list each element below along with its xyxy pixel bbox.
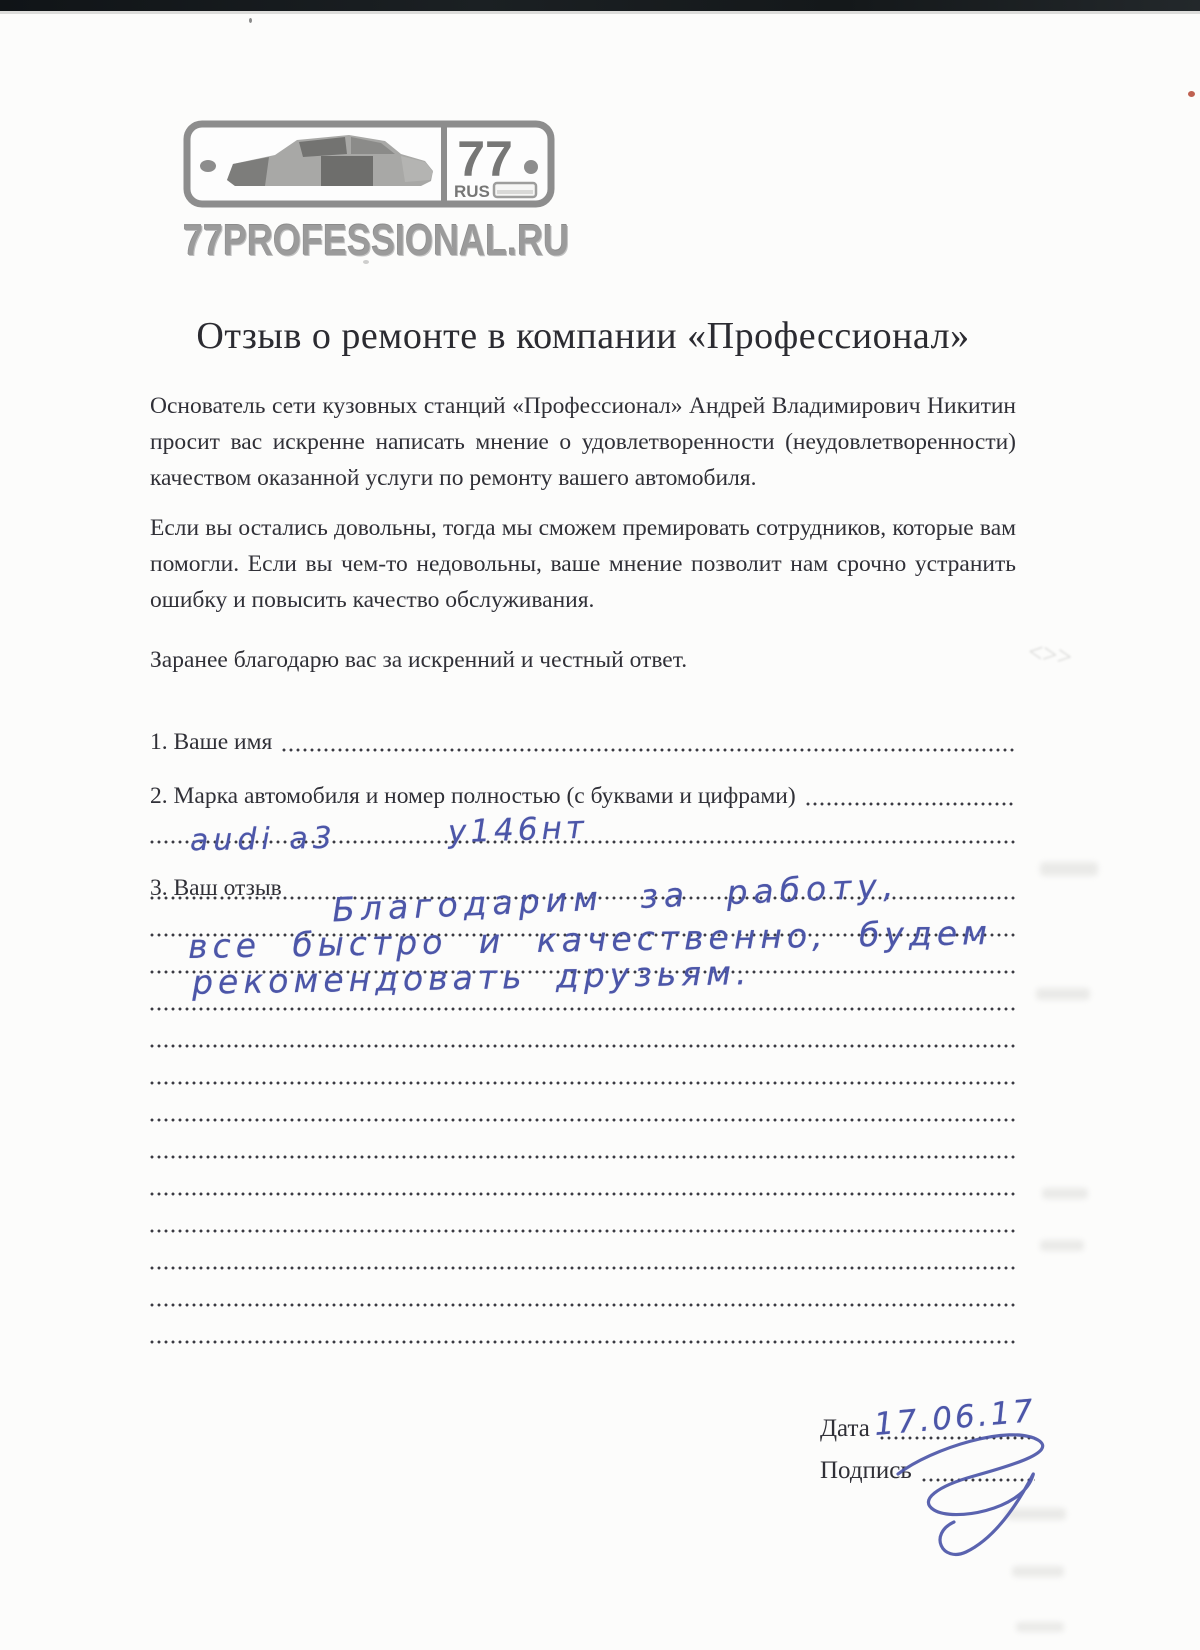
license-plate-logo: 77 RUS bbox=[183, 120, 555, 208]
handwritten-car-plate: у146нт bbox=[447, 810, 588, 851]
bleed-through-mark: <>> bbox=[1026, 637, 1074, 673]
plate-screw-right-icon bbox=[524, 160, 538, 174]
paragraph-bonus: Если вы остались довольны, тогда мы смож… bbox=[150, 510, 1016, 618]
field-car-label: 2. Марка автомобиля и номер полностью (с… bbox=[150, 778, 796, 814]
field-name: 1. Ваше имя bbox=[150, 724, 1016, 760]
bleed-through-blob bbox=[1016, 1622, 1064, 1632]
review-empty-line bbox=[150, 1314, 1016, 1351]
review-empty-line bbox=[150, 1166, 1016, 1203]
scan-edge-highlight bbox=[0, 11, 1200, 14]
bleed-through-blob bbox=[1042, 1188, 1088, 1199]
scanned-feedback-form: <>> 77 RUS bbox=[0, 0, 1200, 1650]
form-title: Отзыв о ремонте в компании «Профессионал… bbox=[150, 314, 1016, 358]
plate-flag-stripe bbox=[497, 190, 533, 194]
date-label: Дата bbox=[820, 1408, 870, 1450]
review-empty-line bbox=[150, 1277, 1016, 1314]
handwritten-signature bbox=[888, 1412, 1060, 1570]
plate-country-code: RUS bbox=[454, 182, 490, 201]
review-empty-lines bbox=[150, 981, 1016, 1351]
review-empty-line bbox=[150, 1018, 1016, 1055]
red-ink-speck bbox=[1188, 91, 1195, 97]
paragraph-thanks: Заранее благодарю вас за искренний и чес… bbox=[150, 642, 1016, 678]
review-empty-line bbox=[150, 1240, 1016, 1277]
field-name-label: 1. Ваше имя bbox=[150, 724, 272, 760]
scan-edge-top bbox=[0, 0, 1200, 11]
paragraph-intro: Основатель сети кузовных станций «Профес… bbox=[150, 388, 1016, 496]
review-empty-line bbox=[150, 1203, 1016, 1240]
handwritten-car-brand: audi a3 bbox=[190, 821, 337, 859]
field-car: 2. Марка автомобиля и номер полностью (с… bbox=[150, 778, 1016, 814]
plate-screw-left-icon bbox=[200, 160, 216, 172]
review-empty-line bbox=[150, 1055, 1016, 1092]
brand-wordmark: 77PROFESSIONAL.RU bbox=[183, 217, 555, 263]
field-review-label: 3. Ваш отзыв bbox=[150, 870, 282, 906]
bleed-through-blob bbox=[1036, 988, 1090, 1000]
review-empty-line bbox=[150, 1129, 1016, 1166]
plate-divider bbox=[441, 126, 447, 202]
bleed-through-blob bbox=[1040, 1240, 1084, 1251]
plate-region-number: 77 bbox=[457, 131, 513, 187]
dust-speck bbox=[249, 18, 252, 23]
company-logo: 77 RUS 77PROFESSIONAL.RU bbox=[183, 120, 555, 255]
bleed-through-blob bbox=[1040, 862, 1098, 876]
field-name-dotted-line bbox=[282, 748, 1016, 752]
field-car-dotted-line bbox=[806, 802, 1016, 806]
review-empty-line bbox=[150, 1092, 1016, 1129]
